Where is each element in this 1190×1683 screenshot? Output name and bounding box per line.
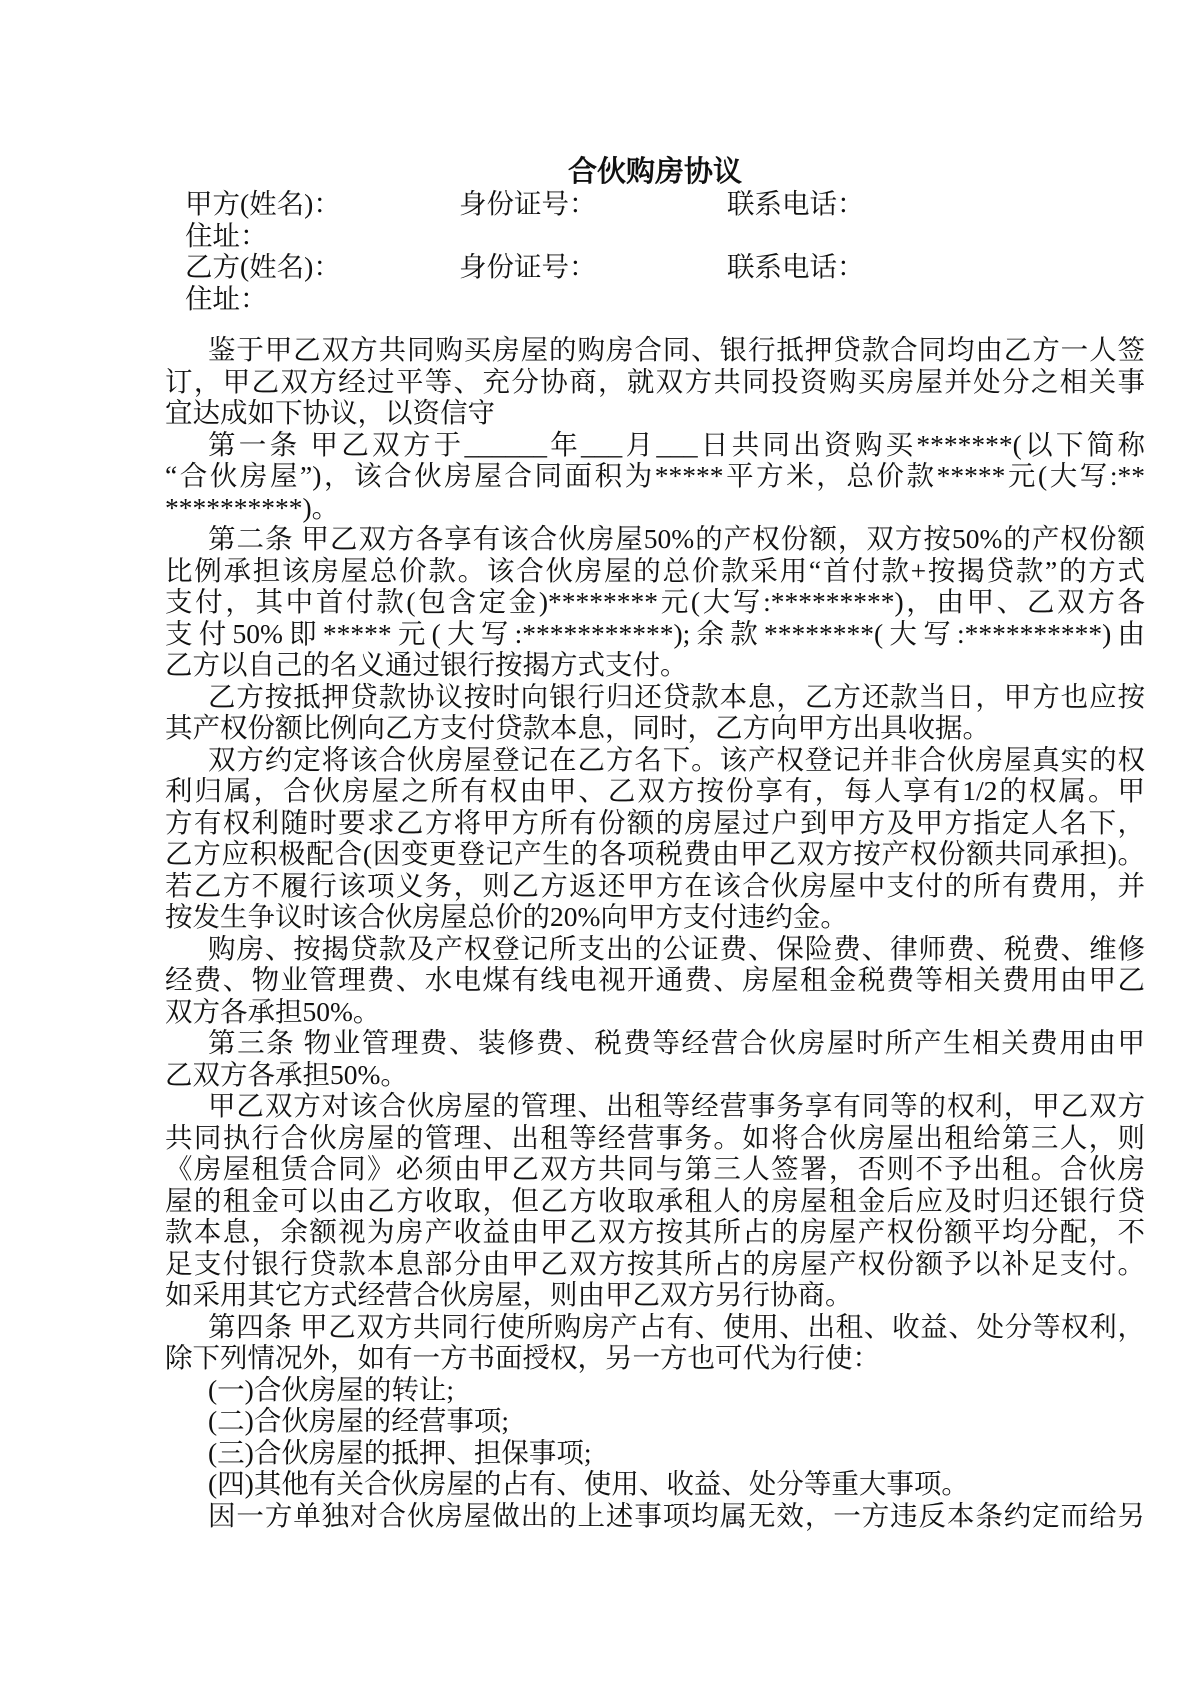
document-title: 合伙购房协议 (165, 156, 1145, 188)
party-b-row: 乙方(姓名)： 身份证号： 联系电话： (165, 251, 1145, 283)
body-line: 乙方按抵押贷款协议按时向银行归还贷款本息，乙方还款当日，甲方也应按 (165, 681, 1145, 713)
party-b-address-label: 住址： (185, 283, 268, 315)
body-line: 第三条 物业管理费、装修费、税费等经营合伙房屋时所产生相关费用由甲 (165, 1027, 1145, 1059)
party-a-name-label: 甲方(姓名)： (185, 188, 341, 220)
text-column: 合伙购房协议 甲方(姓名)： 身份证号： 联系电话： 住址： 乙方(姓名)： 身… (165, 156, 1145, 1531)
body-line: 利归属，合伙房屋之所有权由甲、乙双方按份享有，每人享有1/2的权属。甲 (165, 775, 1145, 807)
body-line: 经费、物业管理费、水电煤有线电视开通费、房屋租金税费等相关费用由甲乙 (165, 964, 1145, 996)
party-b-phone-label: 联系电话： (727, 251, 865, 283)
body-line: 双方约定将该合伙房屋登记在乙方名下。该产权登记并非合伙房屋真实的权 (165, 744, 1145, 776)
body-line: 《房屋租赁合同》必须由甲乙双方共同与第三人签署，否则不予出租。合伙房 (165, 1153, 1145, 1185)
body-line: 因一方单独对合伙房屋做出的上述事项均属无效，一方违反本条约定而给另 (165, 1500, 1145, 1532)
party-a-id-label: 身份证号： (459, 188, 597, 220)
body-line: 第四条 甲乙双方共同行使所购房产占有、使用、出租、收益、处分等权利， (165, 1311, 1145, 1343)
body-line: (二)合伙房屋的经营事项; (165, 1405, 1145, 1437)
body-line: 比例承担该房屋总价款。该合伙房屋的总价款采用“首付款+按揭贷款”的方式 (165, 555, 1145, 587)
body-line: 支付，其中首付款(包含定金)********元(大写:*********)，由甲… (165, 586, 1145, 618)
body-line: 支付50%即*****元(大写:***********);余款********(… (165, 618, 1145, 650)
body-line: 订，甲乙双方经过平等、充分协商，就双方共同投资购买房屋并处分之相关事 (165, 366, 1145, 398)
body-line: 宜达成如下协议，以资信守 (165, 397, 1145, 429)
body-line: 甲乙双方对该合伙房屋的管理、出租等经营事务享有同等的权利，甲乙双方 (165, 1090, 1145, 1122)
body-line: 按发生争议时该合伙房屋总价的20%向甲方支付违约金。 (165, 901, 1145, 933)
body-line: 双方各承担50%。 (165, 996, 1145, 1028)
body-line: 第一条 甲乙双方于______年___月___日共同出资购买*******(以下… (165, 429, 1145, 461)
document-body: 鉴于甲乙双方共同购买房屋的购房合同、银行抵押贷款合同均由乙方一人签 订，甲乙双方… (165, 334, 1145, 1531)
party-b-id-label: 身份证号： (459, 251, 597, 283)
party-a-address-row: 住址： (165, 220, 1145, 252)
body-line: 乙方应积极配合(因变更登记产生的各项税费由甲乙双方按产权份额共同承担)。 (165, 838, 1145, 870)
body-line: 屋的租金可以由乙方收取，但乙方收取承租人的房屋租金后应及时归还银行贷 (165, 1185, 1145, 1217)
party-b-name-label: 乙方(姓名)： (185, 251, 341, 283)
body-line: 如采用其它方式经营合伙房屋，则由甲乙双方另行协商。 (165, 1279, 1145, 1311)
body-line: 乙双方各承担50%。 (165, 1059, 1145, 1091)
body-line: **********)。 (165, 492, 1145, 524)
body-line: (四)其他有关合伙房屋的占有、使用、收益、处分等重大事项。 (165, 1468, 1145, 1500)
body-line: 购房、按揭贷款及产权登记所支出的公证费、保险费、律师费、税费、维修 (165, 933, 1145, 965)
party-a-phone-label: 联系电话： (727, 188, 865, 220)
body-line: (一)合伙房屋的转让; (165, 1374, 1145, 1406)
body-line: 其产权份额比例向乙方支付贷款本息，同时，乙方向甲方出具收据。 (165, 712, 1145, 744)
body-line: 若乙方不履行该项义务，则乙方返还甲方在该合伙房屋中支付的所有费用，并 (165, 870, 1145, 902)
body-line: 乙方以自己的名义通过银行按揭方式支付。 (165, 649, 1145, 681)
body-line: 除下列情况外，如有一方书面授权，另一方也可代为行使： (165, 1342, 1145, 1374)
party-b-address-row: 住址： (165, 283, 1145, 315)
body-line: (三)合伙房屋的抵押、担保事项; (165, 1437, 1145, 1469)
body-line: 方有权利随时要求乙方将甲方所有份额的房屋过户到甲方及甲方指定人名下， (165, 807, 1145, 839)
body-line: 鉴于甲乙双方共同购买房屋的购房合同、银行抵押贷款合同均由乙方一人签 (165, 334, 1145, 366)
body-line: 足支付银行贷款本息部分由甲乙双方按其所占的房屋产权份额予以补足支付。 (165, 1248, 1145, 1280)
body-line: “合伙房屋”)，该合伙房屋合同面积为*****平方米，总价款*****元(大写:… (165, 460, 1145, 492)
body-line: 第二条 甲乙双方各享有该合伙房屋50%的产权份额，双方按50%的产权份额 (165, 523, 1145, 555)
party-a-address-label: 住址： (185, 220, 268, 252)
body-line: 款本息，余额视为房产收益由甲乙双方按其所占的房屋产权份额平均分配，不 (165, 1216, 1145, 1248)
header-body-gap (165, 314, 1145, 334)
party-a-row: 甲方(姓名)： 身份证号： 联系电话： (165, 188, 1145, 220)
body-line: 共同执行合伙房屋的管理、出租等经营事务。如将合伙房屋出租给第三人，则 (165, 1122, 1145, 1154)
document-page: 合伙购房协议 甲方(姓名)： 身份证号： 联系电话： 住址： 乙方(姓名)： 身… (0, 0, 1190, 1683)
